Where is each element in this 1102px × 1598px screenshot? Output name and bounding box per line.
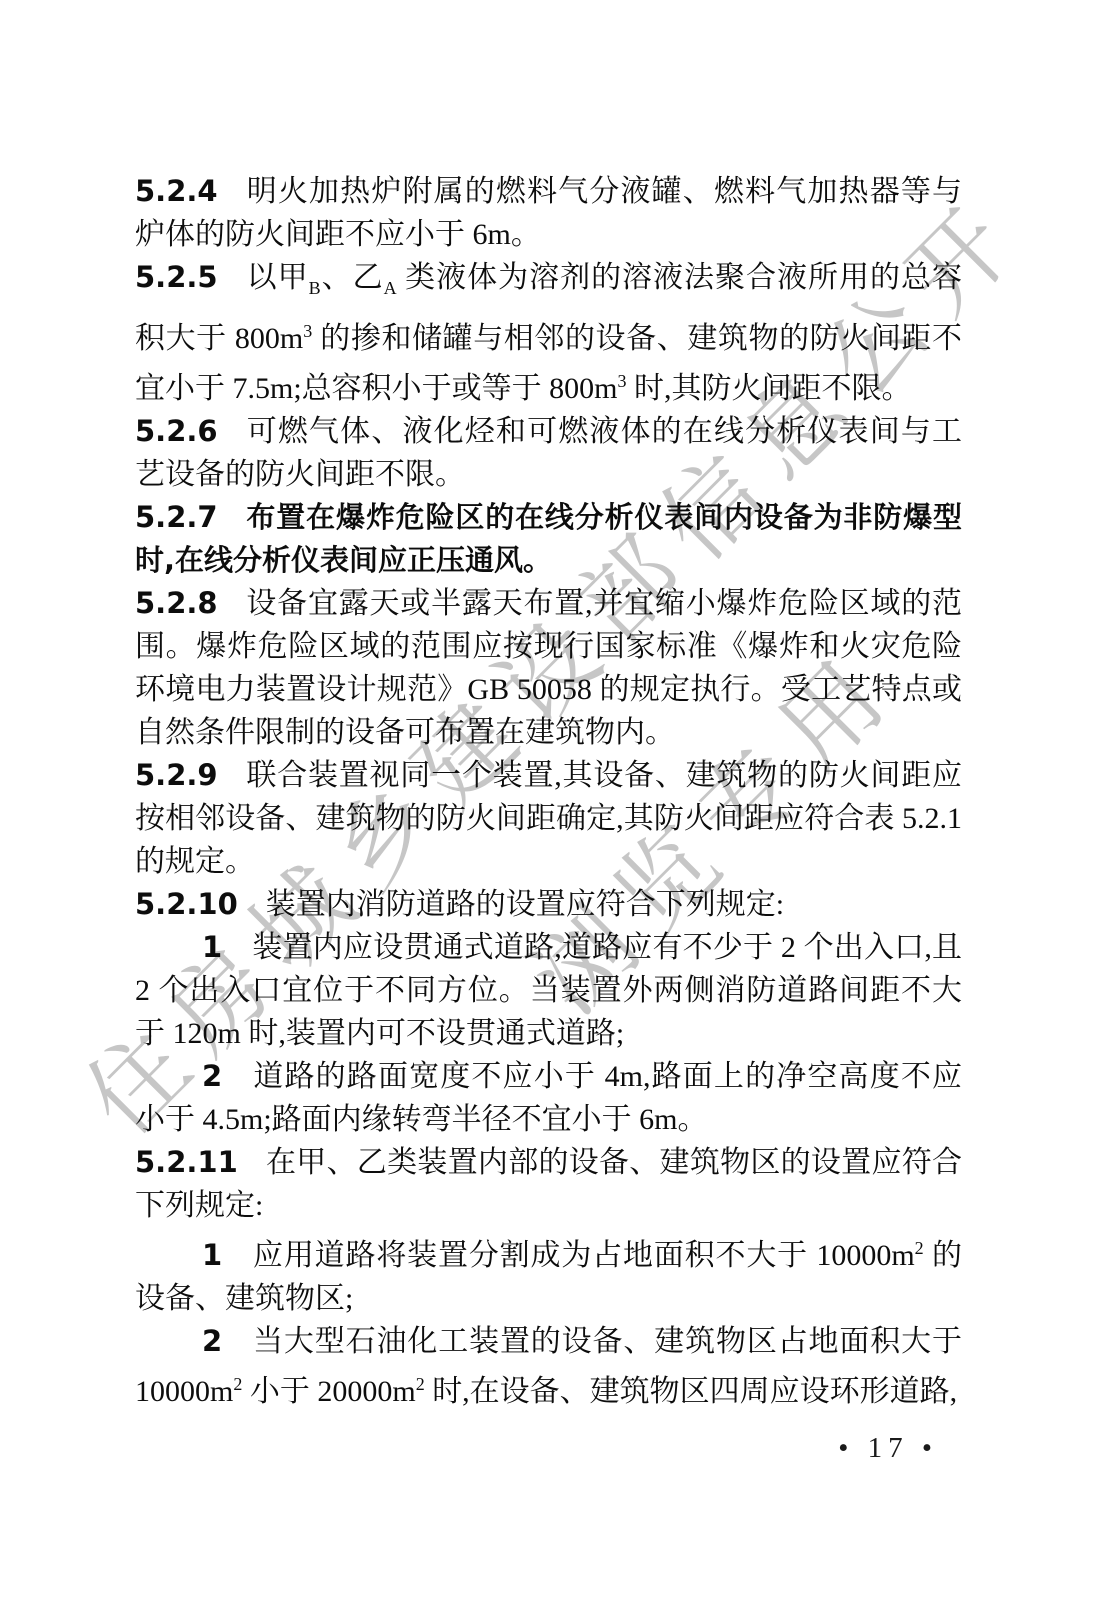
clause-text: 装置内应设贯通式道路,道路应有不少于 2 个出入口,且 2 个出入口宜位于不同方… xyxy=(135,931,962,1050)
clause-text: 装置内消防道路的设置应符合下列规定: xyxy=(266,888,784,921)
clause-text: 小于 20000m xyxy=(242,1375,415,1408)
page: 住房城乡建设部信息公开 浏览专用 5.2.4明火加热炉附属的燃料气分液罐、燃料气… xyxy=(0,0,1102,1598)
superscript-text: 3 xyxy=(303,321,312,341)
clause-number: 5.2.5 xyxy=(135,260,246,294)
clause-text: 设备宜露天或半露天布置,并宜缩小爆炸危险区域的范围。爆炸危险区域的范围应按现行国… xyxy=(135,587,962,749)
clause-5.2.5: 5.2.5以甲B、乙A 类液体为溶剂的溶液法聚合液所用的总容积大于 800m3 … xyxy=(135,256,962,410)
clause-text: 布置在爆炸危险区的在线分析仪表间内设备为非防爆型时,在线分析仪表间应正压通风。 xyxy=(135,500,962,577)
clause-number: 5.2.10 xyxy=(135,887,266,921)
clause-number: 5.2.7 xyxy=(135,500,246,534)
clause-number: 1 xyxy=(202,1238,252,1272)
clause-5.2.9: 5.2.9联合装置视同一个装置,其设备、建筑物的防火间距应按相邻设备、建筑物的防… xyxy=(135,754,962,883)
clause-text: 明火加热炉附属的燃料气分液罐、燃料气加热器等与炉体的防火间距不应小于 6m。 xyxy=(135,175,962,251)
clause-number: 5.2.4 xyxy=(135,174,246,208)
clause-text: 时,其防火间距不限。 xyxy=(627,372,912,405)
superscript-text: 2 xyxy=(233,1374,242,1394)
clause-number: 5.2.9 xyxy=(135,758,246,792)
page-number: • 17 • xyxy=(0,1432,938,1465)
superscript-text: 2 xyxy=(915,1238,924,1258)
document-body: 5.2.4明火加热炉附属的燃料气分液罐、燃料气加热器等与炉体的防火间距不应小于 … xyxy=(135,170,962,1413)
clause-text: 可燃气体、液化烃和可燃液体的在线分析仪表间与工艺设备的防火间距不限。 xyxy=(135,415,962,491)
clause-5.2.10: 5.2.10装置内消防道路的设置应符合下列规定: xyxy=(135,883,962,926)
clause-text: 道路的路面宽度不应小于 4m,路面上的净空高度不应小于 4.5m;路面内缘转弯半… xyxy=(135,1060,962,1136)
clause-number: 5.2.6 xyxy=(135,414,246,448)
clause-text: 应用道路将装置分割成为占地面积不大于 10000m xyxy=(252,1239,914,1272)
subscript-text: B xyxy=(309,278,321,298)
clause-5.2.6: 5.2.6可燃气体、液化烃和可燃液体的在线分析仪表间与工艺设备的防火间距不限。 xyxy=(135,410,962,496)
clause-5.2.4: 5.2.4明火加热炉附属的燃料气分液罐、燃料气加热器等与炉体的防火间距不应小于 … xyxy=(135,170,962,256)
clause-text: 时,在设备、建筑物区四周应设环形道路, xyxy=(425,1375,958,1408)
subscript-text: A xyxy=(384,278,397,298)
clause-5.2.11-item-2: 2当大型石油化工装置的设备、建筑物区占地面积大于 10000m2 小于 2000… xyxy=(135,1320,962,1413)
clause-5.2.10-item-2: 2道路的路面宽度不应小于 4m,路面上的净空高度不应小于 4.5m;路面内缘转弯… xyxy=(135,1055,962,1141)
clause-text: 联合装置视同一个装置,其设备、建筑物的防火间距应按相邻设备、建筑物的防火间距确定… xyxy=(135,759,962,878)
clause-number: 5.2.8 xyxy=(135,586,246,620)
clause-text: 、乙 xyxy=(321,261,384,294)
clause-number: 5.2.11 xyxy=(135,1145,266,1179)
clause-5.2.10-item-1: 1装置内应设贯通式道路,道路应有不少于 2 个出入口,且 2 个出入口宜位于不同… xyxy=(135,926,962,1055)
superscript-text: 2 xyxy=(416,1374,425,1394)
clause-5.2.8: 5.2.8设备宜露天或半露天布置,并宜缩小爆炸危险区域的范围。爆炸危险区域的范围… xyxy=(135,582,962,754)
clause-5.2.7: 5.2.7布置在爆炸危险区的在线分析仪表间内设备为非防爆型时,在线分析仪表间应正… xyxy=(135,496,962,582)
clause-5.2.11-item-1: 1应用道路将装置分割成为占地面积不大于 10000m2 的设备、建筑物区; xyxy=(135,1227,962,1320)
superscript-text: 3 xyxy=(618,371,627,391)
clause-number: 2 xyxy=(202,1059,252,1093)
clause-text: 以甲 xyxy=(246,261,309,294)
clause-number: 1 xyxy=(202,930,252,964)
clause-5.2.11: 5.2.11在甲、乙类装置内部的设备、建筑物区的设置应符合下列规定: xyxy=(135,1141,962,1227)
clause-number: 2 xyxy=(202,1324,252,1358)
